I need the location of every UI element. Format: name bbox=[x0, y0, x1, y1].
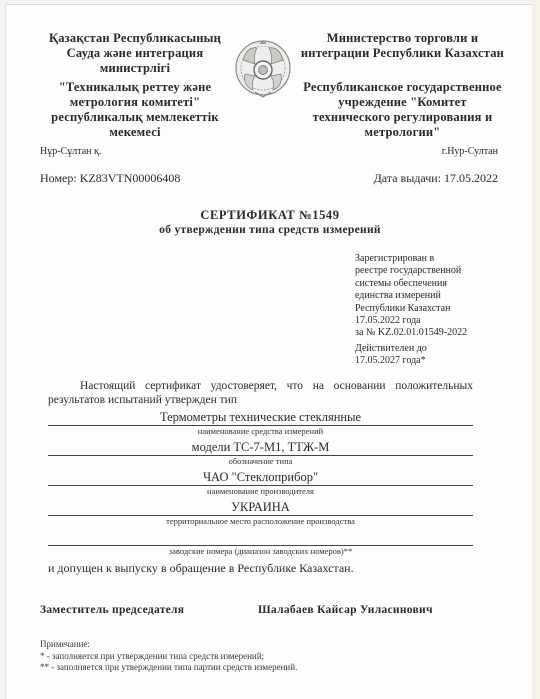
field-instrument-name: Термометры технические стеклянные наимен… bbox=[48, 410, 473, 437]
signatory-name: Шалабаев Кайсар Уиласинович bbox=[258, 604, 433, 616]
issue-date-value: 17.05.2022 bbox=[444, 171, 498, 185]
number-label: Номер: bbox=[40, 171, 77, 185]
field-manufacturer: ЧАО "Стеклоприбор" наименование производ… bbox=[48, 470, 473, 497]
notes-heading: Примечание: bbox=[40, 639, 297, 651]
certificate-subtitle: об утверждении типа средств измерений bbox=[0, 224, 540, 236]
city-kz: Нұр-Сұлтан қ. bbox=[40, 146, 101, 157]
note-item: * - заполняется при утверждении типа сре… bbox=[40, 651, 297, 663]
field-production-location: УКРАИНА территориальное место расположен… bbox=[48, 500, 473, 527]
valid-until-date: 17.05.2027 года* bbox=[355, 355, 525, 367]
note-item: ** - заполняется при утверждении типа па… bbox=[40, 662, 297, 674]
city-ru: г.Нур-Султан bbox=[442, 146, 498, 157]
committee-name-ru: Республиканское государственное учрежден… bbox=[290, 80, 515, 140]
committee-name-kz: "Техникалық реттеу және метрология комит… bbox=[30, 80, 240, 140]
field-serial-numbers: заводские номера (диапазон заводских ном… bbox=[48, 530, 473, 557]
signatory-role: Заместитель председателя bbox=[40, 604, 184, 616]
ministry-name-kz: Қазақстан Республикасының Сауда және инт… bbox=[30, 31, 240, 76]
certificate-number: Номер: KZ83VTN00006408 bbox=[40, 171, 180, 186]
field-type-designation: модели ТС-7-М1, ТТЖ-М обозначение типа bbox=[48, 440, 473, 467]
issue-date: Дата выдачи: 17.05.2022 bbox=[374, 171, 498, 186]
scan-edge bbox=[532, 0, 540, 699]
intro-paragraph: Настоящий сертификат удостоверяет, что н… bbox=[48, 380, 473, 407]
number-value: KZ83VTN00006408 bbox=[80, 171, 181, 185]
registration-block: Зарегистрирован в реестре государственно… bbox=[355, 253, 525, 368]
notes-block: Примечание: * - заполняется при утвержде… bbox=[40, 639, 297, 674]
issue-date-label: Дата выдачи: bbox=[374, 171, 441, 185]
certificate-title: СЕРТИФИКАТ №1549 bbox=[0, 208, 540, 223]
ministry-name-ru: Министерство торговли и интеграции Респу… bbox=[290, 31, 515, 61]
valid-until-label: Действителен до bbox=[355, 343, 525, 355]
state-emblem-icon bbox=[233, 38, 293, 100]
admission-statement: и допущен к выпуску в обращение в Респуб… bbox=[48, 561, 354, 576]
